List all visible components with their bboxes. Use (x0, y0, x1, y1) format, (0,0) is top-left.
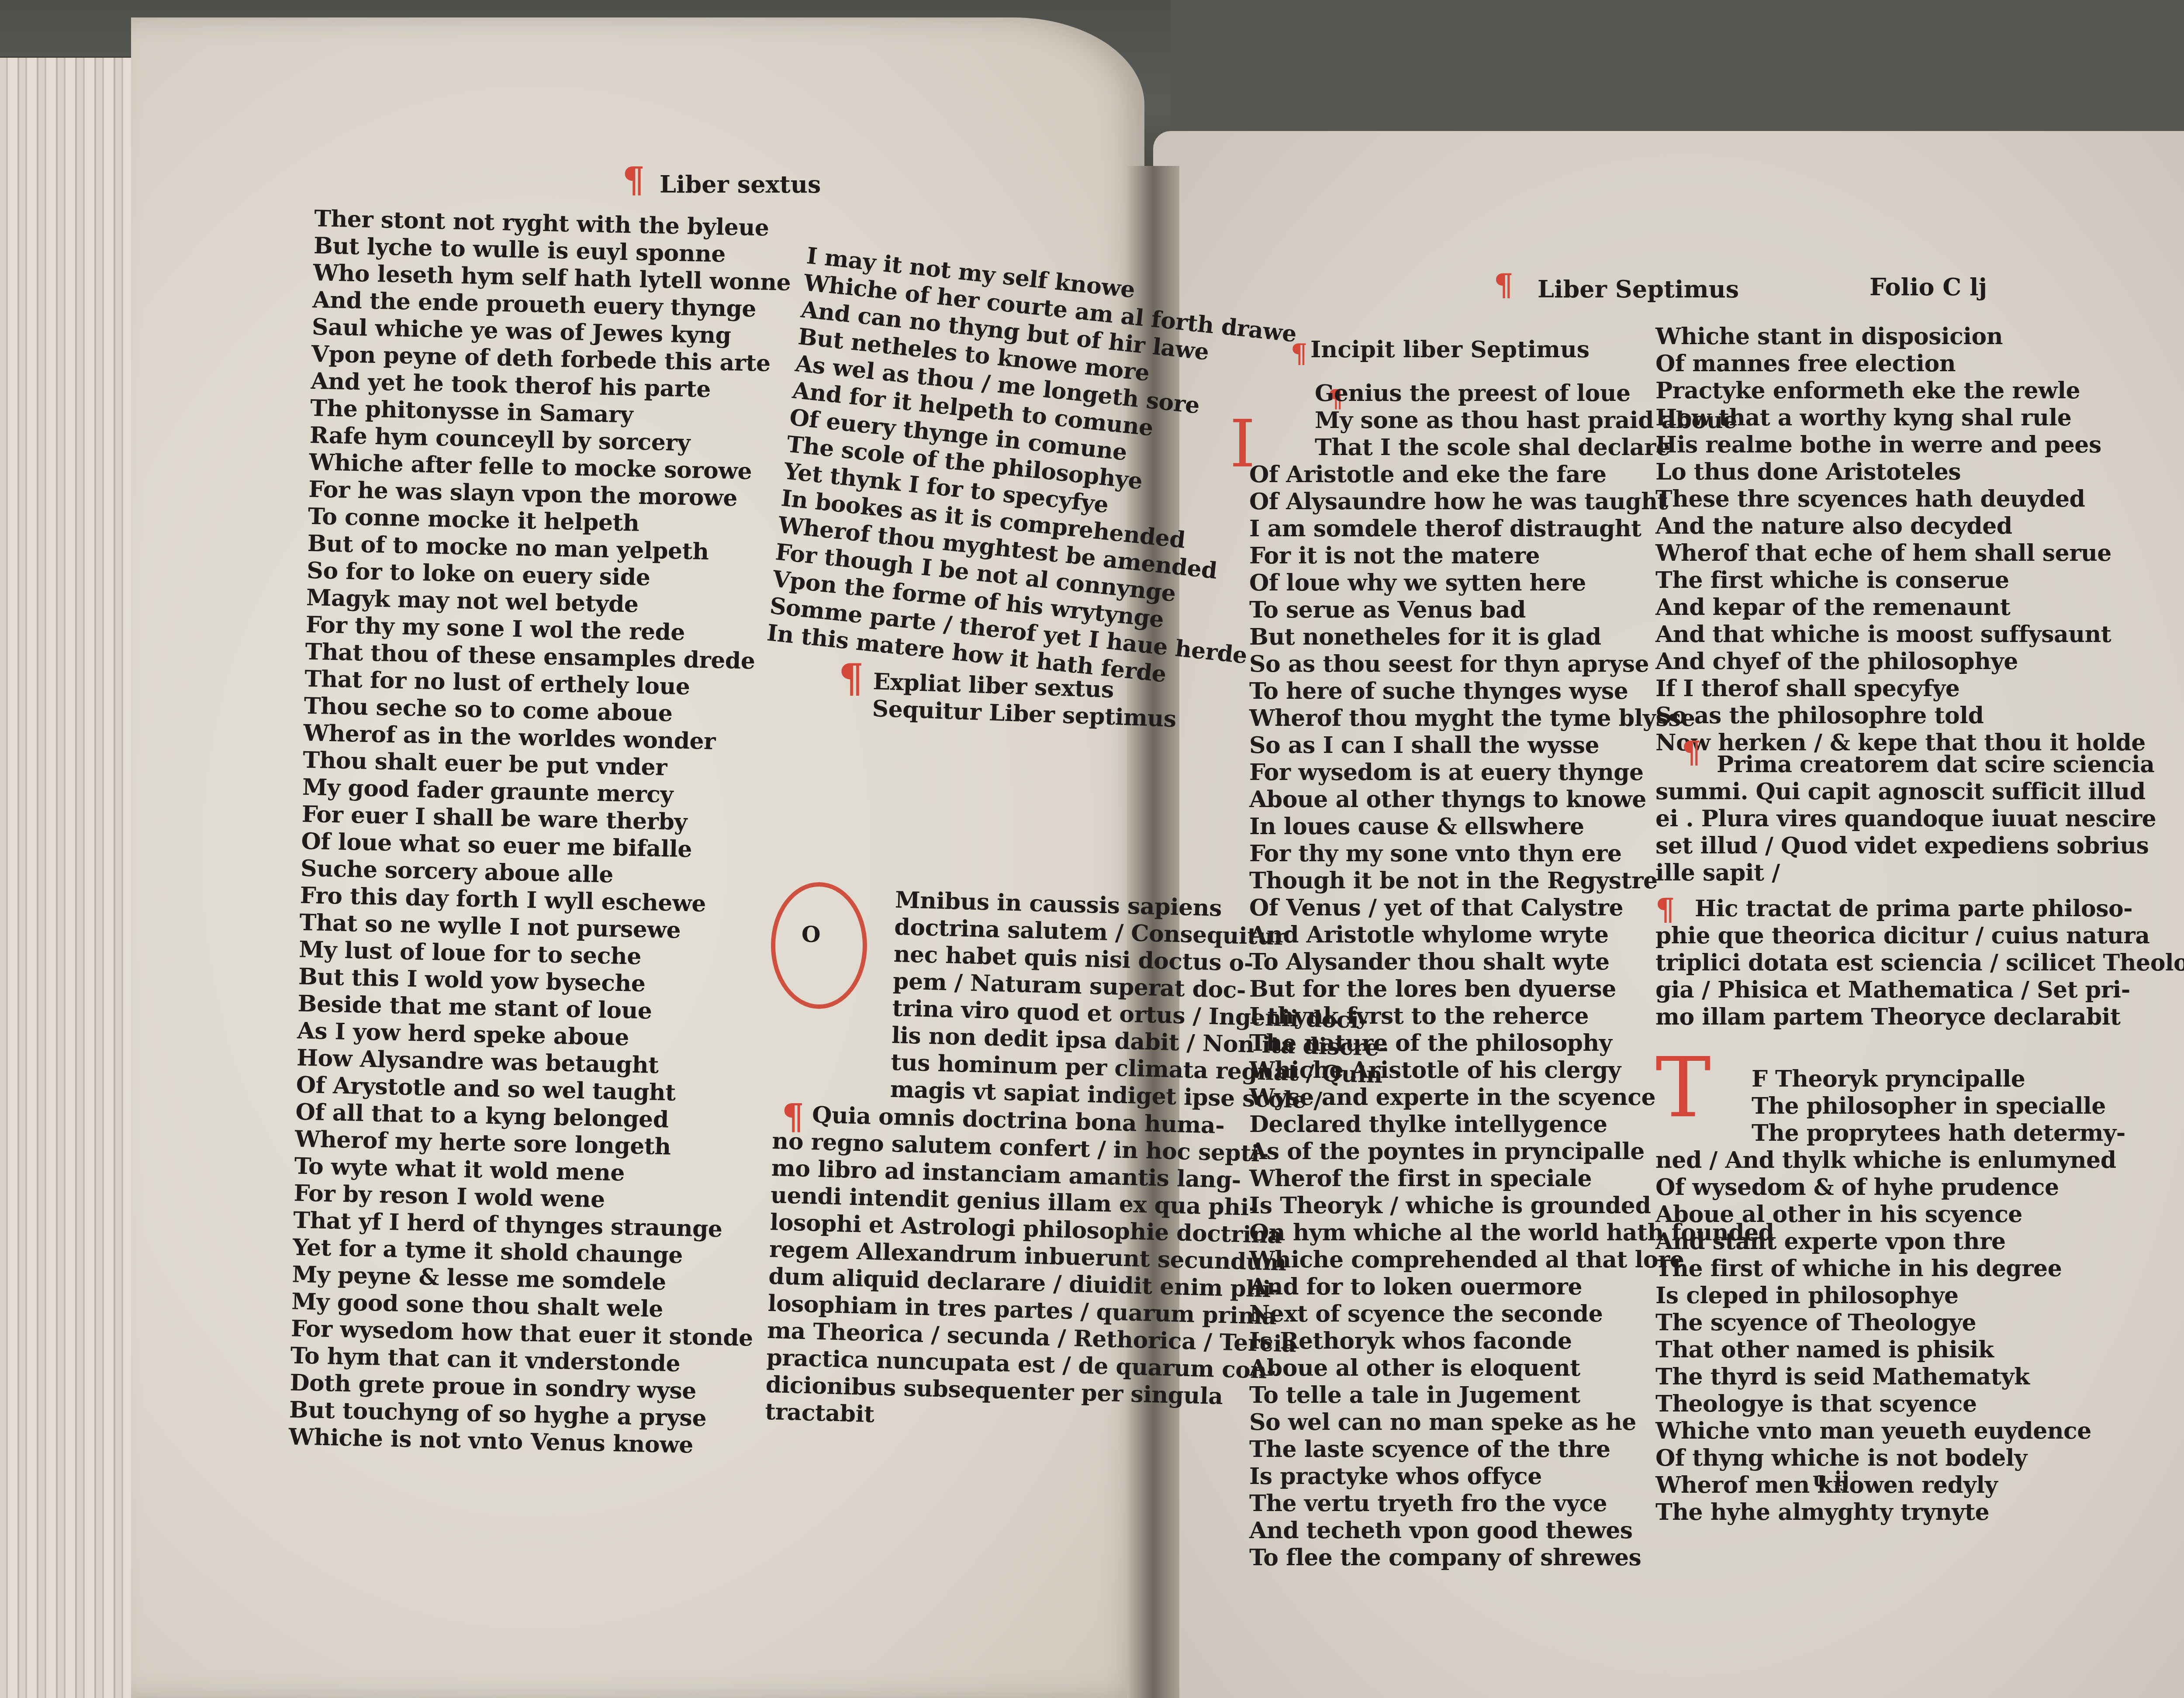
text-line: gia / Phisica et Mathematica / Set pri- (1655, 977, 2184, 1004)
latin-prose-block-2: Quia omnis doctrina bona huma-no regno s… (765, 1101, 1303, 1439)
text-line: Hic tractat de prima parte philoso- (1655, 895, 2184, 922)
right-running-head: Liber Septimus (1538, 275, 1739, 303)
text-line: Lo thus done Aristoteles (1655, 459, 2146, 486)
text-line: The proprytees hath determy- (1655, 1120, 2125, 1147)
text-line: Wherof men knowen redyly (1655, 1472, 2125, 1499)
text-line: And the nature also decyded (1655, 513, 2146, 540)
explicit-block: Expliat liber sextus Sequitur Liber sept… (872, 668, 1178, 733)
text-line: And stant experte vpon thre (1655, 1228, 2125, 1255)
left-page-stack-edges (0, 57, 144, 1698)
right-page-verse-column-2: Whiche stant in disposicionOf mannes fre… (1655, 323, 2146, 756)
right-latin-verse-block: Prima creatorem dat scire scienciasummi.… (1655, 751, 2156, 887)
text-line: The thyrd is seid Mathematyk (1655, 1363, 2125, 1391)
text-line: Wherof that eche of hem shall serue (1655, 540, 2146, 567)
incipit-heading: Incipit liber Septimus (1310, 336, 1590, 363)
text-line: And kepar of the remenaunt (1655, 594, 2146, 621)
text-line: Of wysedom & of hyhe prudence (1655, 1174, 2125, 1201)
signature-mark: u ij (1813, 1467, 1849, 1491)
text-line: Prima creatorem dat scire sciencia (1655, 751, 2156, 778)
guide-letter: O (802, 921, 821, 947)
text-line: The first whiche is conserue (1655, 567, 2146, 594)
text-line: ei . Plura vires quandoque iuuat nescire (1655, 805, 2156, 832)
text-line: The first of whiche in his degree (1655, 1255, 2125, 1282)
text-line: The scyence of Theologye (1655, 1309, 2125, 1336)
left-running-head: Liber sextus (660, 170, 821, 198)
folio-number: Folio C lj (1870, 273, 1987, 301)
text-line: Of mannes free election (1655, 350, 2146, 377)
text-line: How that a worthy kyng shal rule (1655, 404, 2146, 431)
pilcrow-rubric-icon: ¶ (839, 655, 864, 701)
pilcrow-rubric-icon: ¶ (622, 159, 645, 200)
text-line: The hyhe almyghty trynyte (1655, 1499, 2125, 1526)
text-line: Aboue al other in his scyence (1655, 1201, 2125, 1228)
text-line: His realme bothe in werre and pees (1655, 431, 2146, 459)
text-line: Whiche vnto man yeueth euydence (1655, 1418, 2125, 1445)
text-line: summi. Qui capit agnoscit sufficit illud (1655, 778, 2156, 805)
text-line: mo illam partem Theoryce declarabit (1655, 1004, 2184, 1031)
pilcrow-rubric-icon: ¶ (1291, 338, 1307, 369)
text-line: That other named is phisik (1655, 1336, 2125, 1363)
left-page-verse-column-2: I may it not my self knoweWhiche of her … (766, 242, 1301, 698)
text-line: ille sapit / (1655, 859, 2156, 887)
text-line: Whiche stant in disposicion (1655, 323, 2146, 350)
text-line: Theologye is that scyence (1655, 1391, 2125, 1418)
text-line: Is cleped in philosophye (1655, 1282, 2125, 1309)
text-line: So as the philosophre told (1655, 702, 2146, 729)
text-line: F Theoryk pryncipalle (1655, 1066, 2125, 1093)
text-line: Practyke enformeth eke the rewle (1655, 377, 2146, 404)
pilcrow-rubric-icon: ¶ (1494, 266, 1514, 303)
text-line: If I therof shall specyfye (1655, 675, 2146, 702)
text-line: ned / And thylk whiche is enlumyned (1655, 1147, 2125, 1174)
right-latin-prose-block: Hic tractat de prima parte philoso-phie … (1655, 895, 2184, 1031)
text-line: The philosopher in specialle (1655, 1093, 2125, 1120)
text-line: These thre scyences hath deuyded (1655, 486, 2146, 513)
text-line: To flee the company of shrewes (1249, 1544, 1774, 1571)
text-line: phie que theorica dicitur / cuius natura (1655, 922, 2184, 949)
text-line: triplici dotata est sciencia / scilicet … (1655, 949, 2184, 977)
text-line: And that whiche is moost suffysaunt (1655, 621, 2146, 648)
left-page-verse-column-1: Ther stont not ryght with the byleueBut … (288, 205, 792, 1460)
text-line: And chyef of the philosophye (1655, 648, 2146, 675)
text-line: set illud / Quod videt expediens sobrius (1655, 832, 2156, 859)
right-page-verse-column-3: F Theoryk pryncipalleThe philosopher in … (1655, 1066, 2125, 1526)
text-line: Of thyng whiche is not bodely (1655, 1445, 2125, 1472)
